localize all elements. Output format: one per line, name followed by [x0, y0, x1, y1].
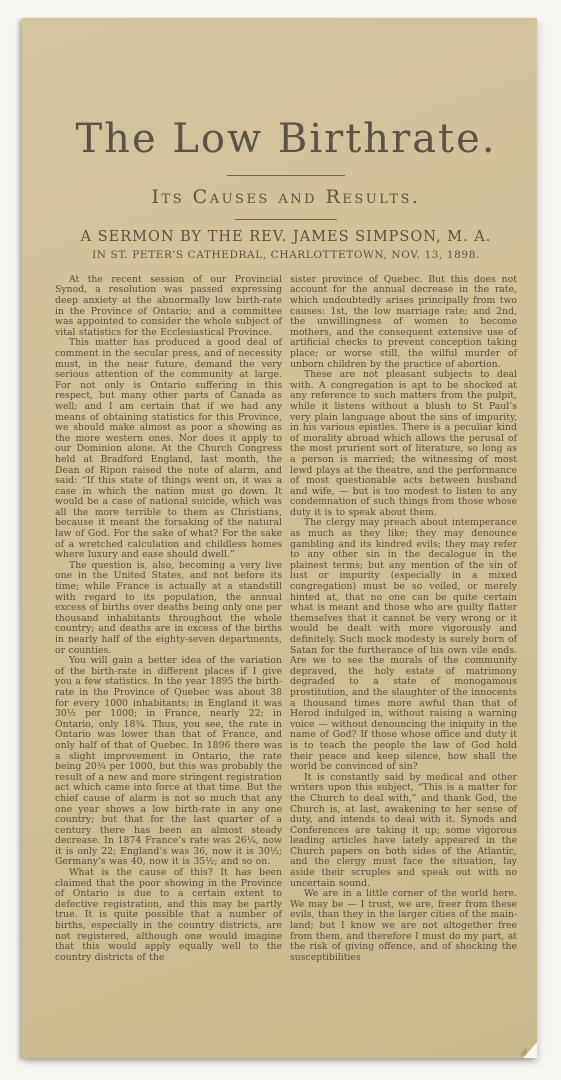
title-divider-rule — [227, 175, 345, 176]
byline-location-date: IN ST. PETER’S CATHEDRAL, CHARLOTTETOWN,… — [55, 249, 517, 262]
byline: A SERMON BY THE REV. JAMES SIMPSON, M. A… — [55, 229, 517, 246]
page-title: The Low Birthrate. — [55, 118, 517, 160]
paragraph: We are in a little corner of the world h… — [290, 889, 517, 963]
paragraph: The question is, also, becoming a very l… — [55, 561, 282, 656]
page-corner-fold — [523, 1042, 537, 1058]
paragraph: At the recent session of our Provincial … — [55, 275, 282, 339]
paragraph: What is the cause of this? It has been c… — [55, 868, 282, 963]
photo-background: The Low Birthrate. Its Causes and Result… — [0, 0, 561, 1080]
paragraph: It is constantly said by medical and oth… — [290, 773, 517, 890]
paragraph: You will gain a better idea of the varia… — [55, 656, 282, 868]
pamphlet-page: The Low Birthrate. Its Causes and Result… — [22, 18, 537, 1058]
paragraph-continuation: sister province of Quebec. But this does… — [290, 275, 517, 370]
right-column: sister province of Quebec. But this does… — [290, 275, 517, 964]
left-column: At the recent session of our Provincial … — [55, 275, 282, 964]
paragraph: These are not pleasant subjects to deal … — [290, 370, 517, 518]
body-text: At the recent session of our Provincial … — [55, 275, 517, 964]
paragraph: This matter has produced a good deal of … — [55, 338, 282, 560]
page-subtitle: Its Causes and Results. — [55, 187, 517, 209]
pamphlet-header: The Low Birthrate. Its Causes and Result… — [55, 118, 517, 262]
subtitle-divider-rule — [235, 219, 337, 220]
paragraph: The clergy may preach about intemperance… — [290, 518, 517, 772]
